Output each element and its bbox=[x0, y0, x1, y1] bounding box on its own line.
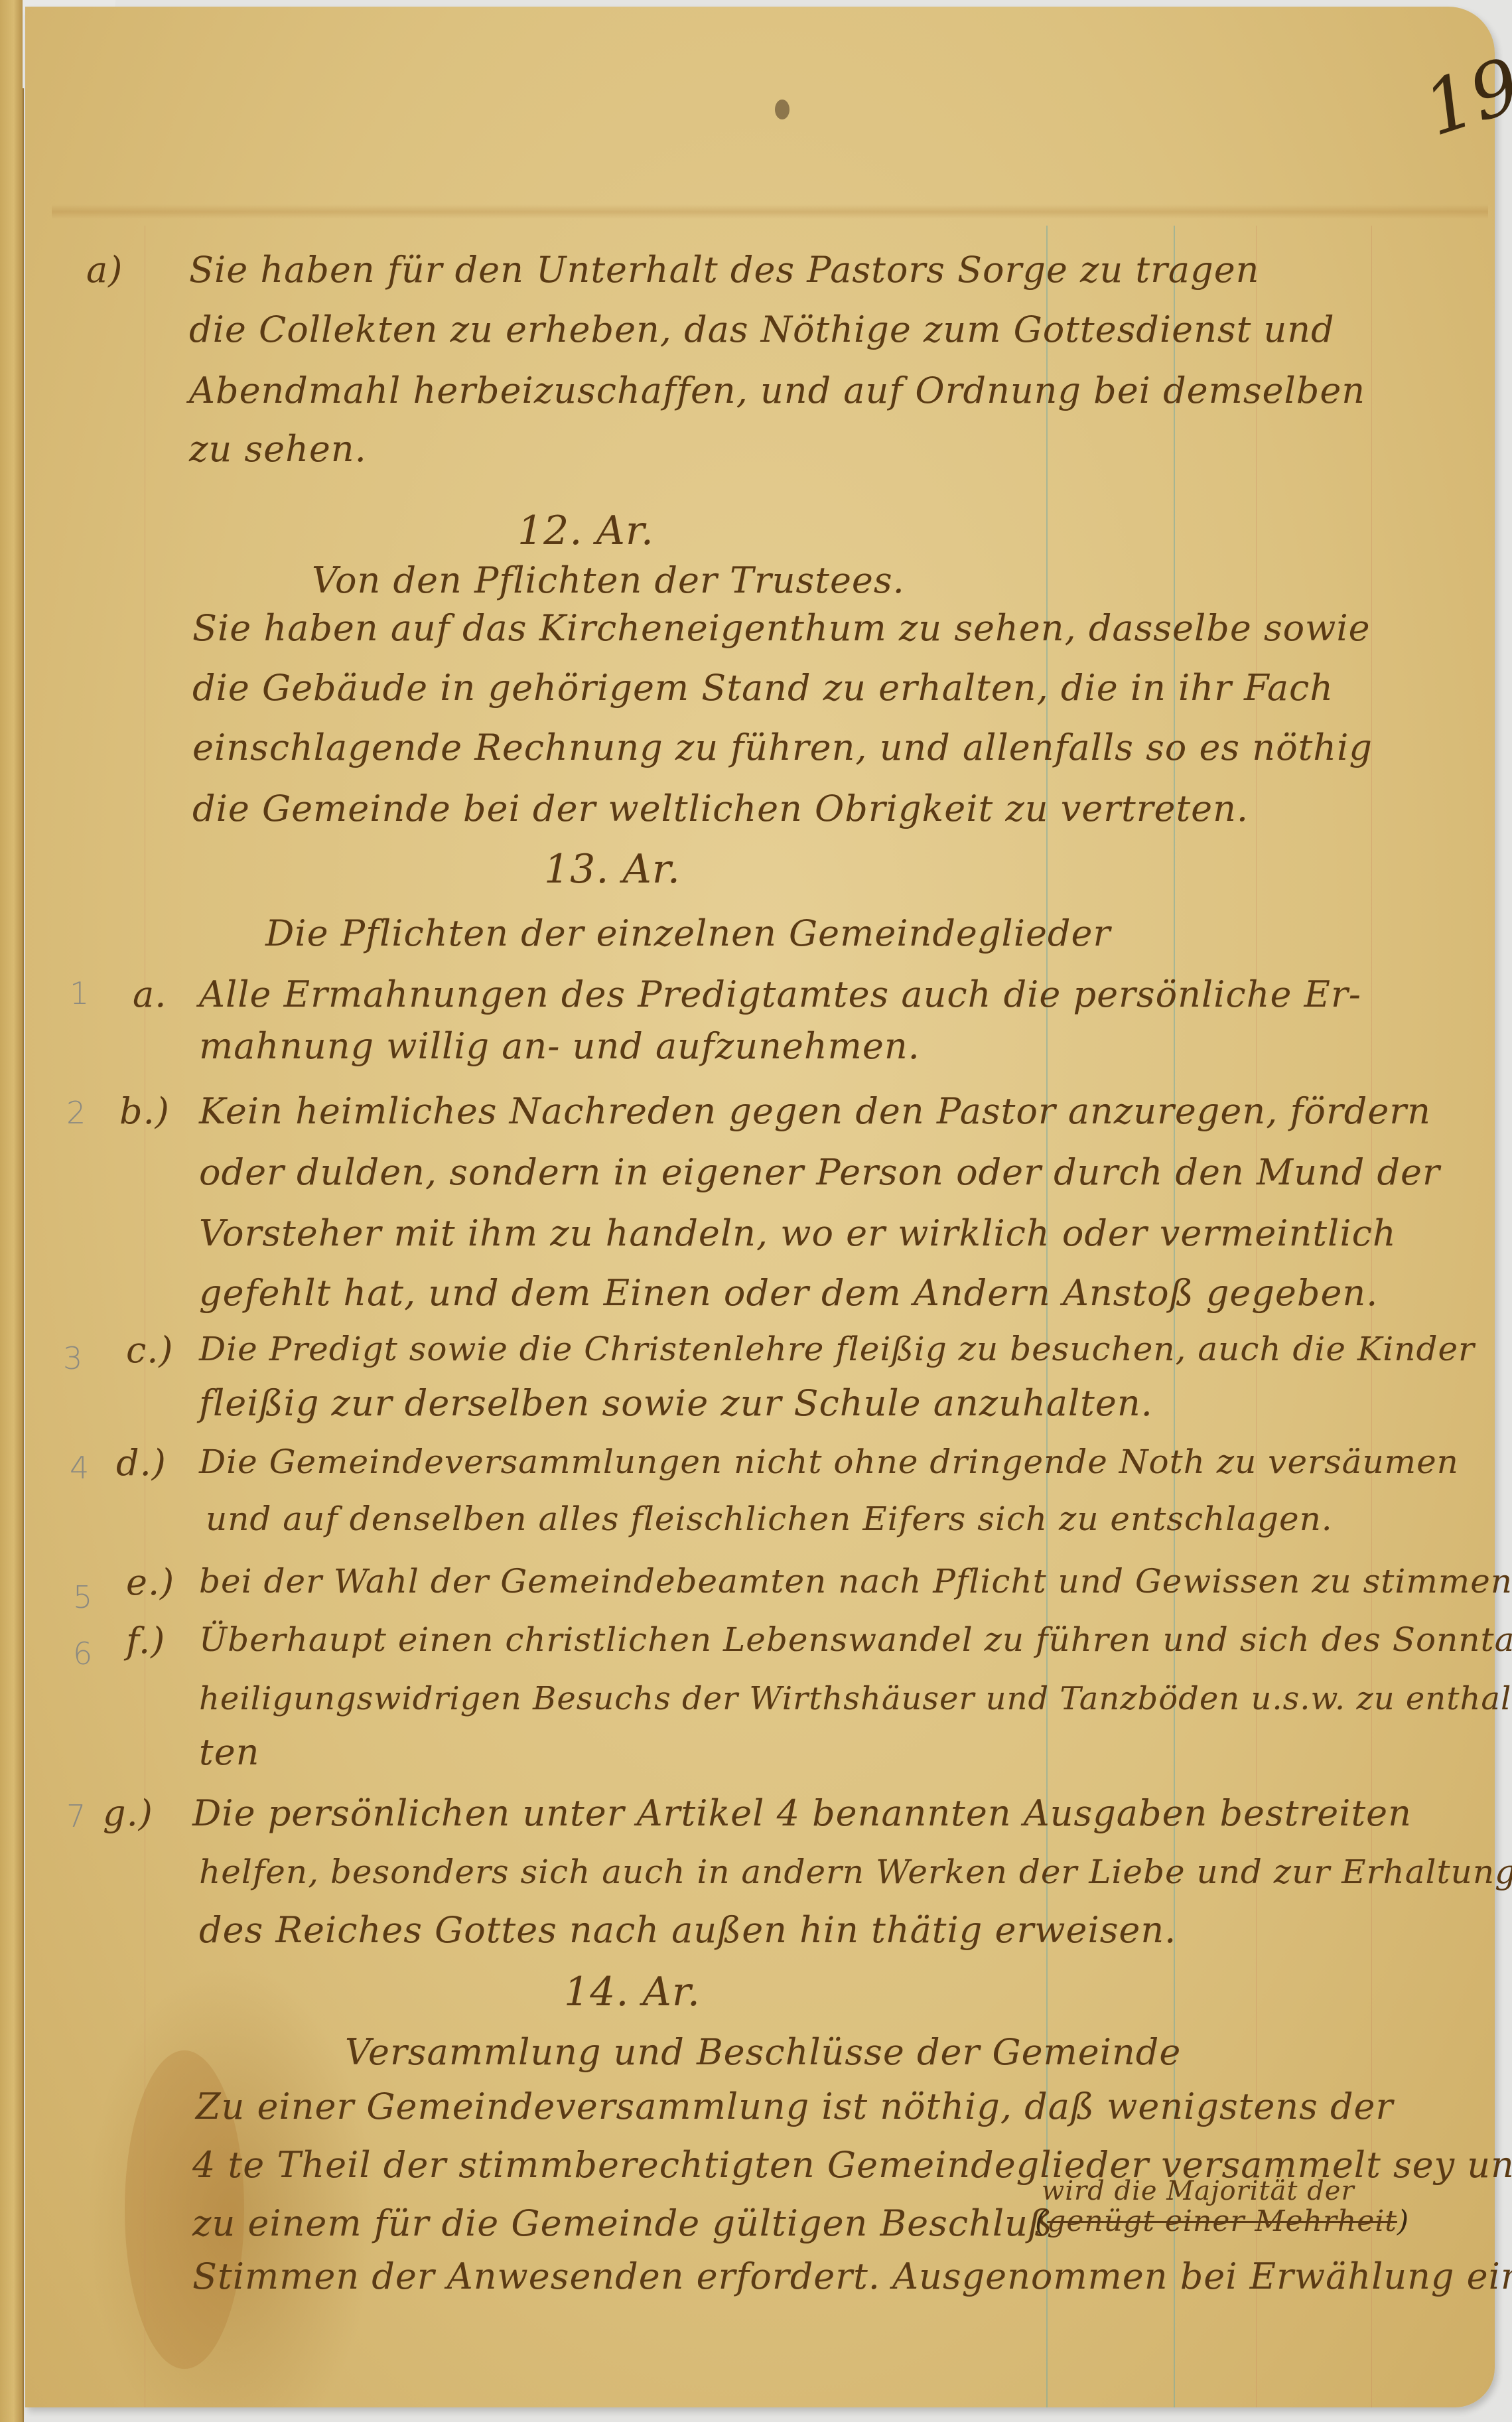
section-heading: Von den Pflichten der Trustees. bbox=[312, 563, 905, 599]
pencil-margin-number: 2 bbox=[66, 1095, 86, 1131]
struck-correction: (genügt einer Mehrheit) bbox=[1035, 2207, 1409, 2236]
article-number: 14. Ar. bbox=[564, 1972, 701, 2012]
column-rule-red-2 bbox=[1371, 226, 1372, 2407]
pencil-margin-number: 3 bbox=[63, 1340, 82, 1376]
close-paren: ) bbox=[1397, 2204, 1409, 2238]
pencil-margin-number: 6 bbox=[73, 1636, 92, 1672]
text-line: ten bbox=[199, 1735, 259, 1770]
column-rule-green-1 bbox=[1046, 226, 1048, 2407]
text-line: gefehlt hat, und dem Einen oder dem Ande… bbox=[199, 1275, 1378, 1311]
item-label: b.) bbox=[119, 1094, 170, 1129]
article-number: 13. Ar. bbox=[544, 849, 681, 889]
text-line: Sie haben auf das Kircheneigenthum zu se… bbox=[192, 610, 1371, 646]
adjacent-page-binding bbox=[0, 0, 24, 2422]
text-line: Überhaupt einen christlichen Lebenswande… bbox=[199, 1623, 1512, 1656]
text-line: des Reiches Gottes nach außen hin thätig… bbox=[199, 1912, 1176, 1948]
text-line: Die Predigt sowie die Christenlehre flei… bbox=[199, 1332, 1475, 1366]
struck-text: genügt einer Mehrheit bbox=[1047, 2204, 1397, 2238]
pencil-margin-number: 4 bbox=[70, 1450, 89, 1486]
pencil-margin-number: 7 bbox=[66, 1798, 86, 1834]
item-label: f.) bbox=[126, 1623, 165, 1659]
text-line: Kein heimliches Nachreden gegen den Past… bbox=[199, 1094, 1431, 1129]
text-line: mahnung willig an- und aufzunehmen. bbox=[199, 1029, 920, 1064]
fold-crease bbox=[52, 204, 1488, 219]
text-line: helfen, besonders sich auch in andern We… bbox=[199, 1855, 1512, 1888]
text-line: und auf denselben alles fleischlichen Ei… bbox=[206, 1502, 1333, 1535]
item-label: g.) bbox=[103, 1796, 153, 1831]
item-label: a) bbox=[86, 252, 123, 288]
item-label: d.) bbox=[116, 1445, 167, 1481]
item-label: a. bbox=[133, 977, 167, 1013]
item-label: e.) bbox=[126, 1565, 174, 1601]
text-line: zu einem für die Gemeinde gültigen Besch… bbox=[192, 2206, 1053, 2242]
item-label: c.) bbox=[126, 1332, 173, 1368]
column-rule-green-2 bbox=[1174, 226, 1175, 2407]
text-line: oder dulden, sondern in eigener Person o… bbox=[199, 1155, 1440, 1190]
text-line: die Gebäude in gehörigem Stand zu erhalt… bbox=[192, 670, 1334, 706]
margin-rule bbox=[145, 226, 145, 2407]
text-line: Die persönlichen unter Artikel 4 benannt… bbox=[192, 1796, 1412, 1831]
ink-spot bbox=[775, 100, 790, 119]
text-line: Zu einer Gemeindeversammlung ist nöthig,… bbox=[196, 2089, 1393, 2125]
text-line: Alle Ermahnungen des Predigtamtes auch d… bbox=[199, 977, 1361, 1013]
pencil-margin-number: 5 bbox=[73, 1579, 92, 1615]
text-line: Sie haben für den Unterhalt des Pastors … bbox=[189, 252, 1259, 288]
text-line: Stimmen der Anwesenden erfordert. Ausgen… bbox=[192, 2259, 1512, 2295]
text-line: Die Gemeindeversammlungen nicht ohne dri… bbox=[199, 1445, 1459, 1478]
article-number: 12. Ar. bbox=[517, 511, 654, 551]
open-paren: ( bbox=[1035, 2204, 1047, 2238]
text-line: fleißig zur derselben sowie zur Schule a… bbox=[199, 1386, 1153, 1421]
text-line: die Gemeinde bei der weltlichen Obrigkei… bbox=[192, 791, 1249, 827]
text-line: Vorsteher mit ihm zu handeln, wo er wirk… bbox=[199, 1216, 1397, 1251]
section-heading: Die Pflichten der einzelnen Gemeindeglie… bbox=[265, 916, 1111, 952]
text-line: heiligungswidrigen Besuchs der Wirthshäu… bbox=[199, 1683, 1512, 1715]
text-line: einschlagende Rechnung zu führen, und al… bbox=[192, 730, 1373, 766]
column-rule-red-1 bbox=[1256, 226, 1257, 2407]
pencil-margin-number: 1 bbox=[70, 975, 89, 1011]
section-heading: Versammlung und Beschlüsse der Gemeinde bbox=[345, 2034, 1181, 2070]
text-line: Abendmahl herbeizuschaffen, und auf Ordn… bbox=[189, 373, 1365, 409]
text-line: die Collekten zu erheben, das Nöthige zu… bbox=[189, 312, 1335, 348]
interlinear-insertion: wird die Majorität der bbox=[1042, 2178, 1355, 2204]
text-line: zu sehen. bbox=[189, 431, 367, 467]
text-line: bei der Wahl der Gemeindebeamten nach Pf… bbox=[199, 1565, 1512, 1598]
